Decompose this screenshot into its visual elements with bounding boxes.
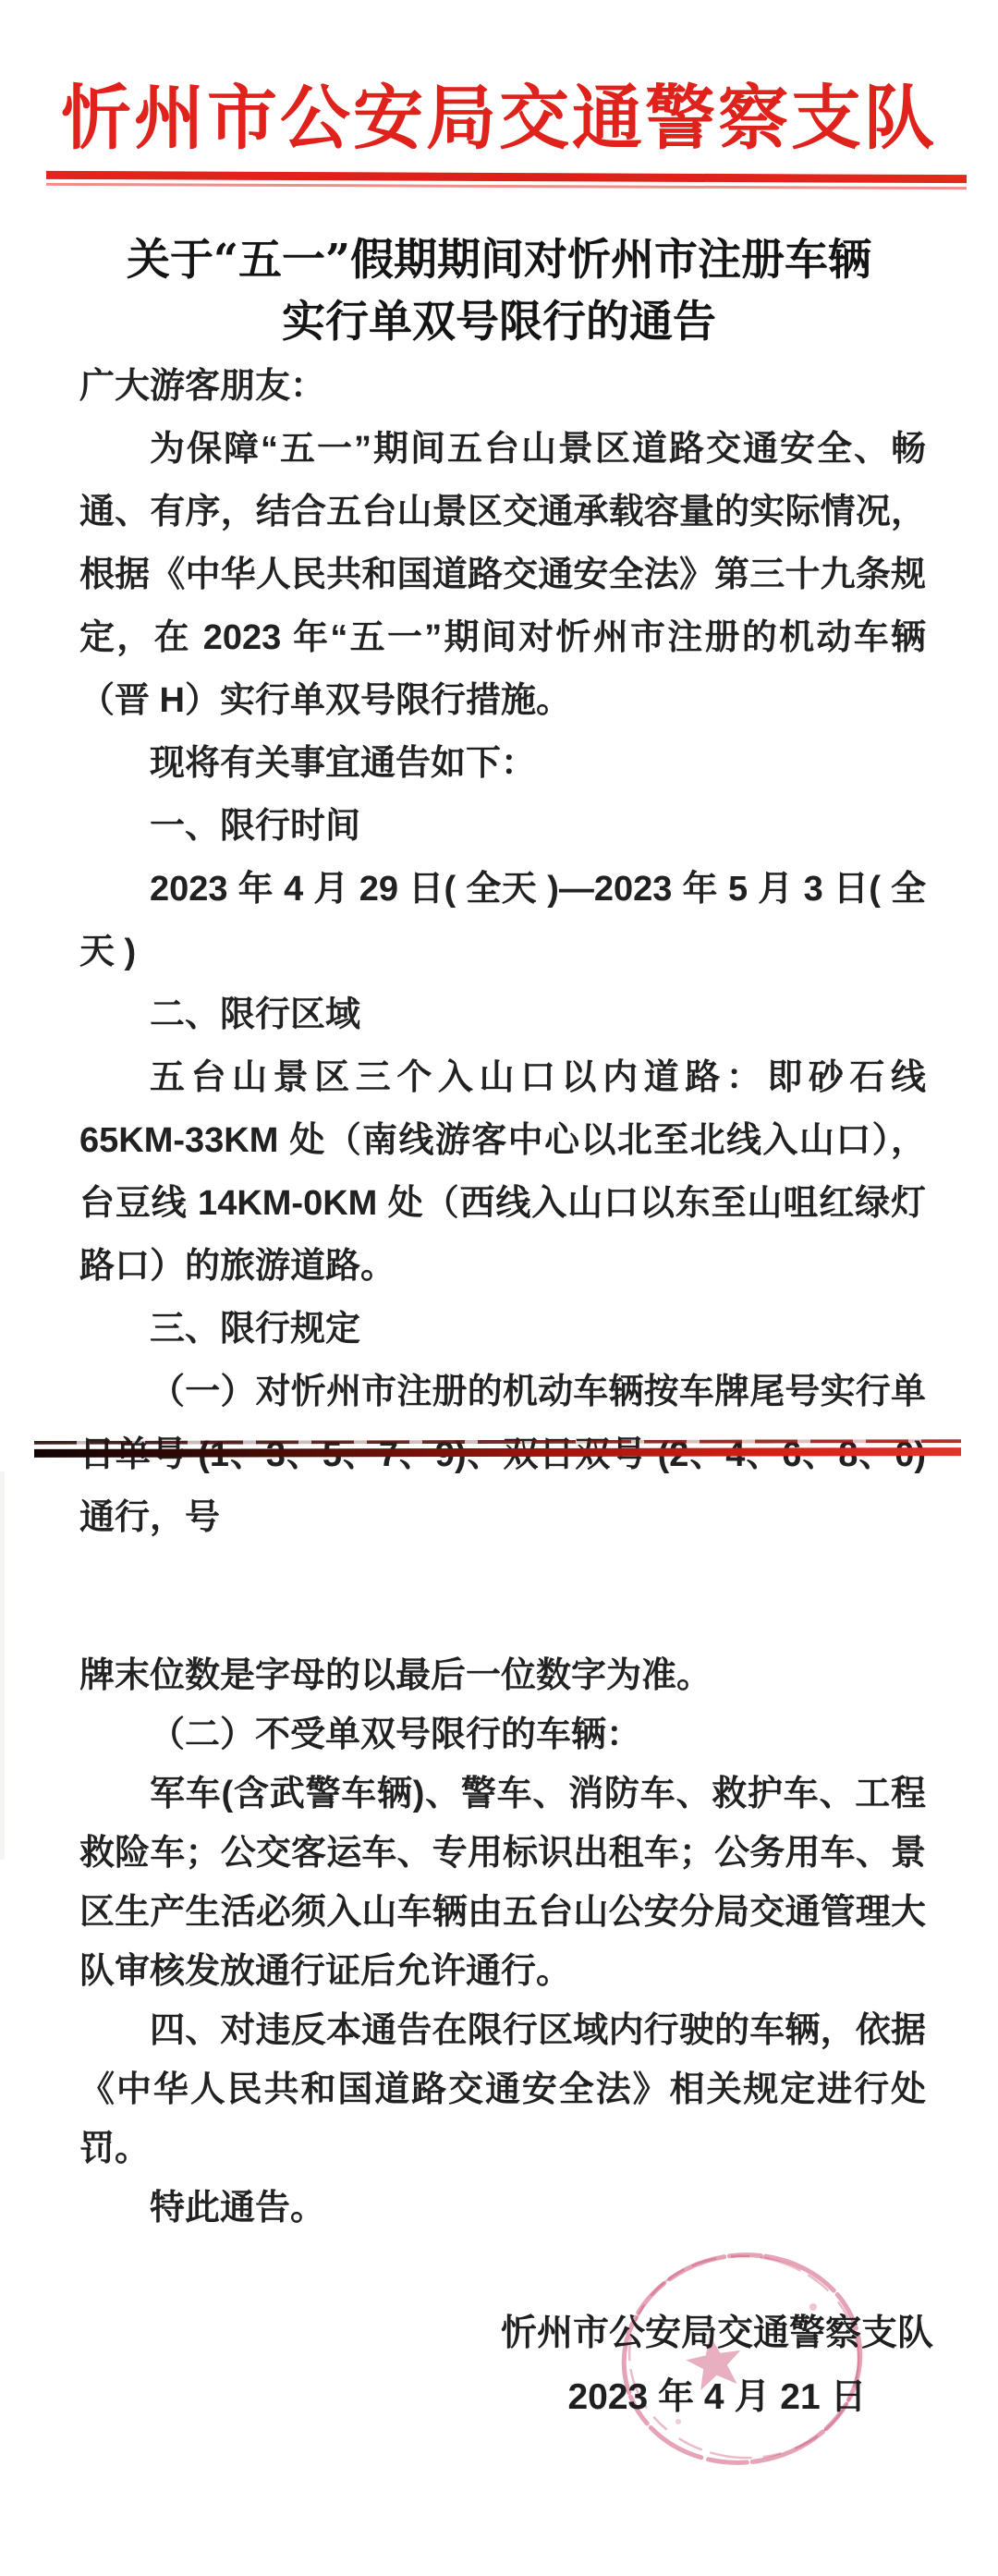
signature-block: 忻州市公安局交通警察支队 2023 年 4 月 21 日	[501, 2303, 933, 2428]
page-break-thick-line	[34, 1447, 961, 1458]
letterhead-divider-thick-line	[46, 171, 967, 183]
para-restriction-time-range: 2023 年 4 月 29 日( 全天 )—2023 年 5 月 3 日( 全天…	[79, 858, 926, 983]
notice-body-page1: 广大游客朋友： 为保障“五一”期间五台山景区道路交通安全、畅通、有序，结合五台山…	[79, 355, 926, 1549]
para-restriction-area: 五台山景区三个入山口以内道路：即砂石线 65KM-33KM 处（南线游客中心以北…	[79, 1046, 926, 1298]
notice-title-line1: 关于“五一”假期期间对忻州市注册车辆	[127, 235, 871, 286]
letterhead-divider-thin-line	[46, 183, 967, 189]
letterhead-org-name: 忻州市公安局交通警察支队	[0, 79, 998, 157]
para-rule-odd-even-part2: 牌末位数是字母的以最后一位数字为准。	[79, 1646, 926, 1705]
heading-restriction-time: 一、限行时间	[79, 795, 926, 858]
notice-title: 关于“五一”假期期间对忻州市注册车辆 实行单双号限行的通告	[0, 229, 998, 353]
para-preamble: 为保障“五一”期间五台山景区道路交通安全、畅通、有序，结合五台山景区交通承载容量…	[79, 418, 926, 732]
notice-document-page: 忻州市公安局交通警察支队 关于“五一”假期期间对忻州市注册车辆 实行单双号限行的…	[0, 0, 998, 2576]
para-exempt-vehicles: 军车(含武警车辆)、警车、消防车、救护车、工程救险车；公交客运车、专用标识出租车…	[79, 1764, 926, 2001]
scan-edge-artifact	[0, 1471, 5, 1860]
notice-body-page2: 牌末位数是字母的以最后一位数字为准。 （二）不受单双号限行的车辆： 军车(含武警…	[79, 1646, 926, 2238]
letterhead-divider	[46, 171, 967, 189]
para-penalty: 四、对违反本通告在限行区域内行驶的车辆，依据《中华人民共和国道路交通安全法》相关…	[79, 2001, 926, 2179]
para-closing: 特此通告。	[79, 2179, 926, 2238]
para-announce-intro: 现将有关事宜通告如下：	[79, 732, 926, 795]
signature-org-name: 忻州市公安局交通警察支队	[501, 2303, 933, 2364]
page-break-separator	[34, 1439, 961, 1458]
notice-title-line2: 实行单双号限行的通告	[282, 297, 716, 348]
heading-restriction-rules: 三、限行规定	[79, 1298, 926, 1361]
heading-restriction-area: 二、限行区域	[79, 983, 926, 1046]
signature-date: 2023 年 4 月 21 日	[501, 2367, 933, 2428]
salutation: 广大游客朋友：	[79, 355, 926, 418]
heading-exempt-vehicles: （二）不受单双号限行的车辆：	[79, 1705, 926, 1764]
page-break-thin-line	[34, 1439, 961, 1445]
